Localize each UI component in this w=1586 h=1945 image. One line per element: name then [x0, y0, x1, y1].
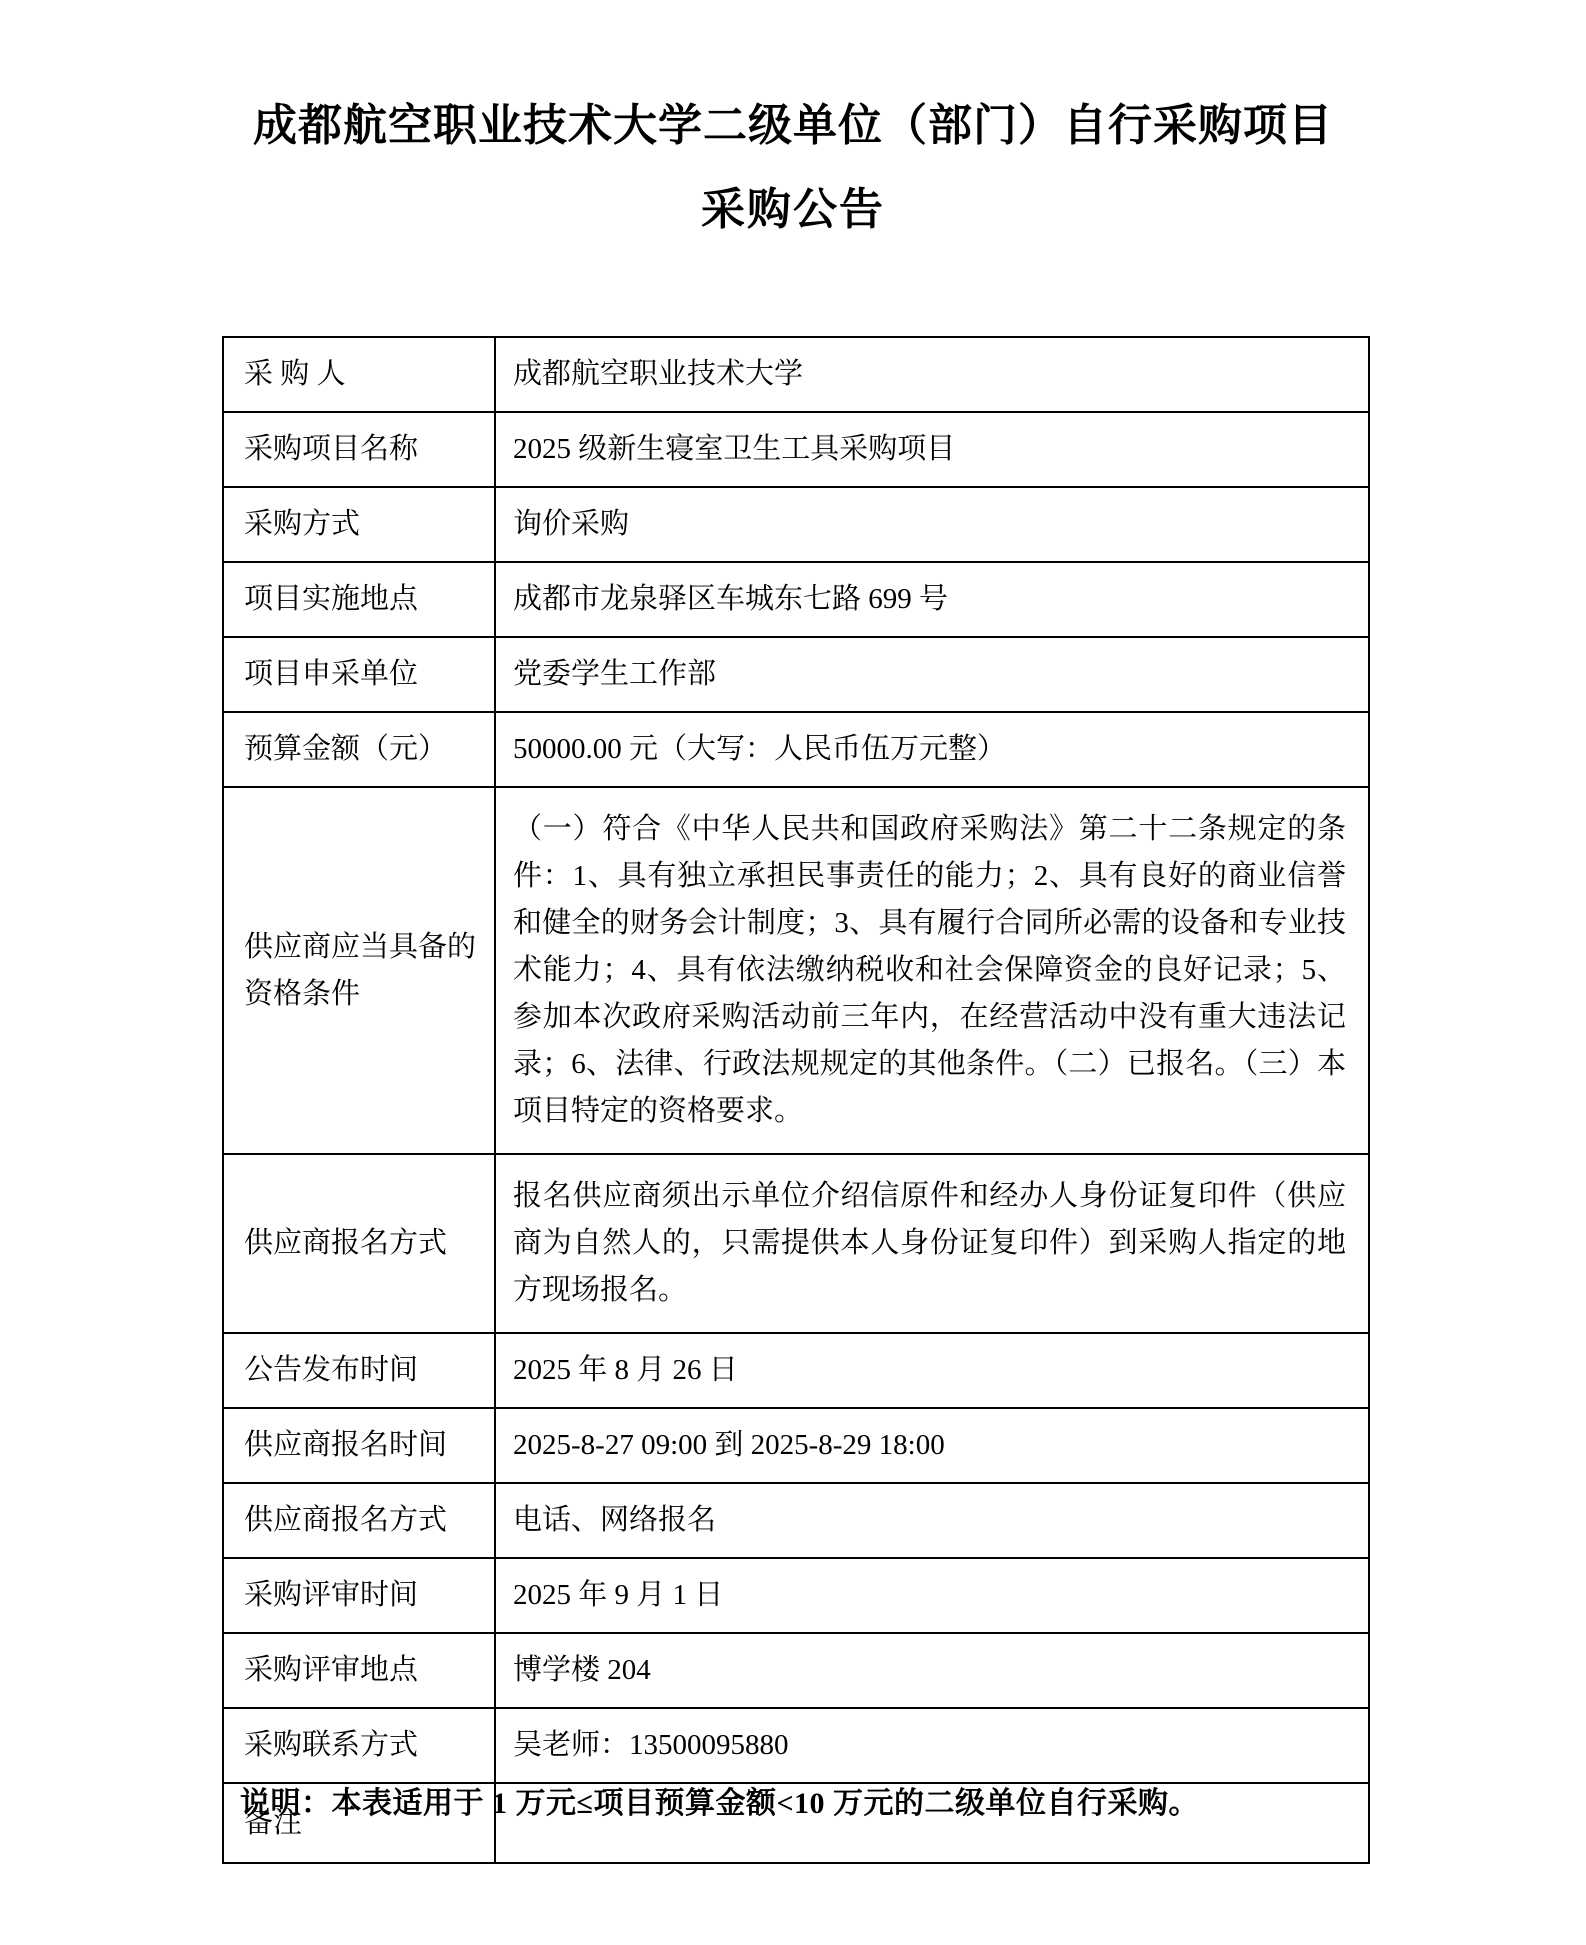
document-title-line2: 采购公告: [0, 188, 1586, 232]
row-value: 询价采购: [495, 487, 1369, 562]
table-row-purchaser: 采 购 人 成都航空职业技术大学: [223, 337, 1369, 412]
document-page: 成都航空职业技术大学二级单位（部门）自行采购项目 采购公告 采 购 人 成都航空…: [0, 0, 1586, 1945]
table-row-review-location: 采购评审地点 博学楼 204: [223, 1633, 1369, 1708]
row-label: 项目实施地点: [223, 562, 495, 637]
row-value: 博学楼 204: [495, 1633, 1369, 1708]
row-label: 采购方式: [223, 487, 495, 562]
row-label: 供应商应当具备的资格条件: [223, 787, 495, 1154]
row-value: 50000.00 元（大写：人民币伍万元整）: [495, 712, 1369, 787]
row-value: 2025-8-27 09:00 到 2025-8-29 18:00: [495, 1408, 1369, 1483]
title-block: 成都航空职业技术大学二级单位（部门）自行采购项目 采购公告: [0, 0, 1586, 232]
row-label: 采购联系方式: [223, 1708, 495, 1783]
row-label: 采 购 人: [223, 337, 495, 412]
table-row-supplier-registration-method-onsite: 供应商报名方式 报名供应商须出示单位介绍信原件和经办人身份证复印件（供应商为自然…: [223, 1154, 1369, 1333]
row-value: 成都航空职业技术大学: [495, 337, 1369, 412]
table-row-implementation-location: 项目实施地点 成都市龙泉驿区车城东七路 699 号: [223, 562, 1369, 637]
row-value: 报名供应商须出示单位介绍信原件和经办人身份证复印件（供应商为自然人的，只需提供本…: [495, 1154, 1369, 1333]
row-label: 供应商报名方式: [223, 1154, 495, 1333]
row-label: 采购评审时间: [223, 1558, 495, 1633]
table-row-contact: 采购联系方式 吴老师：13500095880: [223, 1708, 1369, 1783]
table-row-budget: 预算金额（元） 50000.00 元（大写：人民币伍万元整）: [223, 712, 1369, 787]
table-row-registration-time: 供应商报名时间 2025-8-27 09:00 到 2025-8-29 18:0…: [223, 1408, 1369, 1483]
row-label: 预算金额（元）: [223, 712, 495, 787]
row-value: 2025 级新生寝室卫生工具采购项目: [495, 412, 1369, 487]
table-row-project-name: 采购项目名称 2025 级新生寝室卫生工具采购项目: [223, 412, 1369, 487]
row-value: 2025 年 8 月 26 日: [495, 1333, 1369, 1408]
row-label: 供应商报名时间: [223, 1408, 495, 1483]
row-value: 电话、网络报名: [495, 1483, 1369, 1558]
row-label: 项目申采单位: [223, 637, 495, 712]
table-row-announcement-date: 公告发布时间 2025 年 8 月 26 日: [223, 1333, 1369, 1408]
row-label: 采购评审地点: [223, 1633, 495, 1708]
row-value: 成都市龙泉驿区车城东七路 699 号: [495, 562, 1369, 637]
document-title-line1: 成都航空职业技术大学二级单位（部门）自行采购项目: [0, 104, 1586, 148]
row-label: 采购项目名称: [223, 412, 495, 487]
row-value: 吴老师：13500095880: [495, 1708, 1369, 1783]
row-label: 公告发布时间: [223, 1333, 495, 1408]
table-row-applying-unit: 项目申采单位 党委学生工作部: [223, 637, 1369, 712]
table-row-registration-method: 供应商报名方式 电话、网络报名: [223, 1483, 1369, 1558]
row-value: （一）符合《中华人民共和国政府采购法》第二十二条规定的条件：1、具有独立承担民事…: [495, 787, 1369, 1154]
row-label: 供应商报名方式: [223, 1483, 495, 1558]
procurement-info-table: 采 购 人 成都航空职业技术大学 采购项目名称 2025 级新生寝室卫生工具采购…: [222, 336, 1370, 1864]
table-row-supplier-qualifications: 供应商应当具备的资格条件 （一）符合《中华人民共和国政府采购法》第二十二条规定的…: [223, 787, 1369, 1154]
applicability-note: 说明：本表适用于 1 万元≤项目预算金额<10 万元的二级单位自行采购。: [240, 1778, 1199, 1822]
row-value: 党委学生工作部: [495, 637, 1369, 712]
row-value: 2025 年 9 月 1 日: [495, 1558, 1369, 1633]
table-row-review-time: 采购评审时间 2025 年 9 月 1 日: [223, 1558, 1369, 1633]
table-row-procurement-method: 采购方式 询价采购: [223, 487, 1369, 562]
